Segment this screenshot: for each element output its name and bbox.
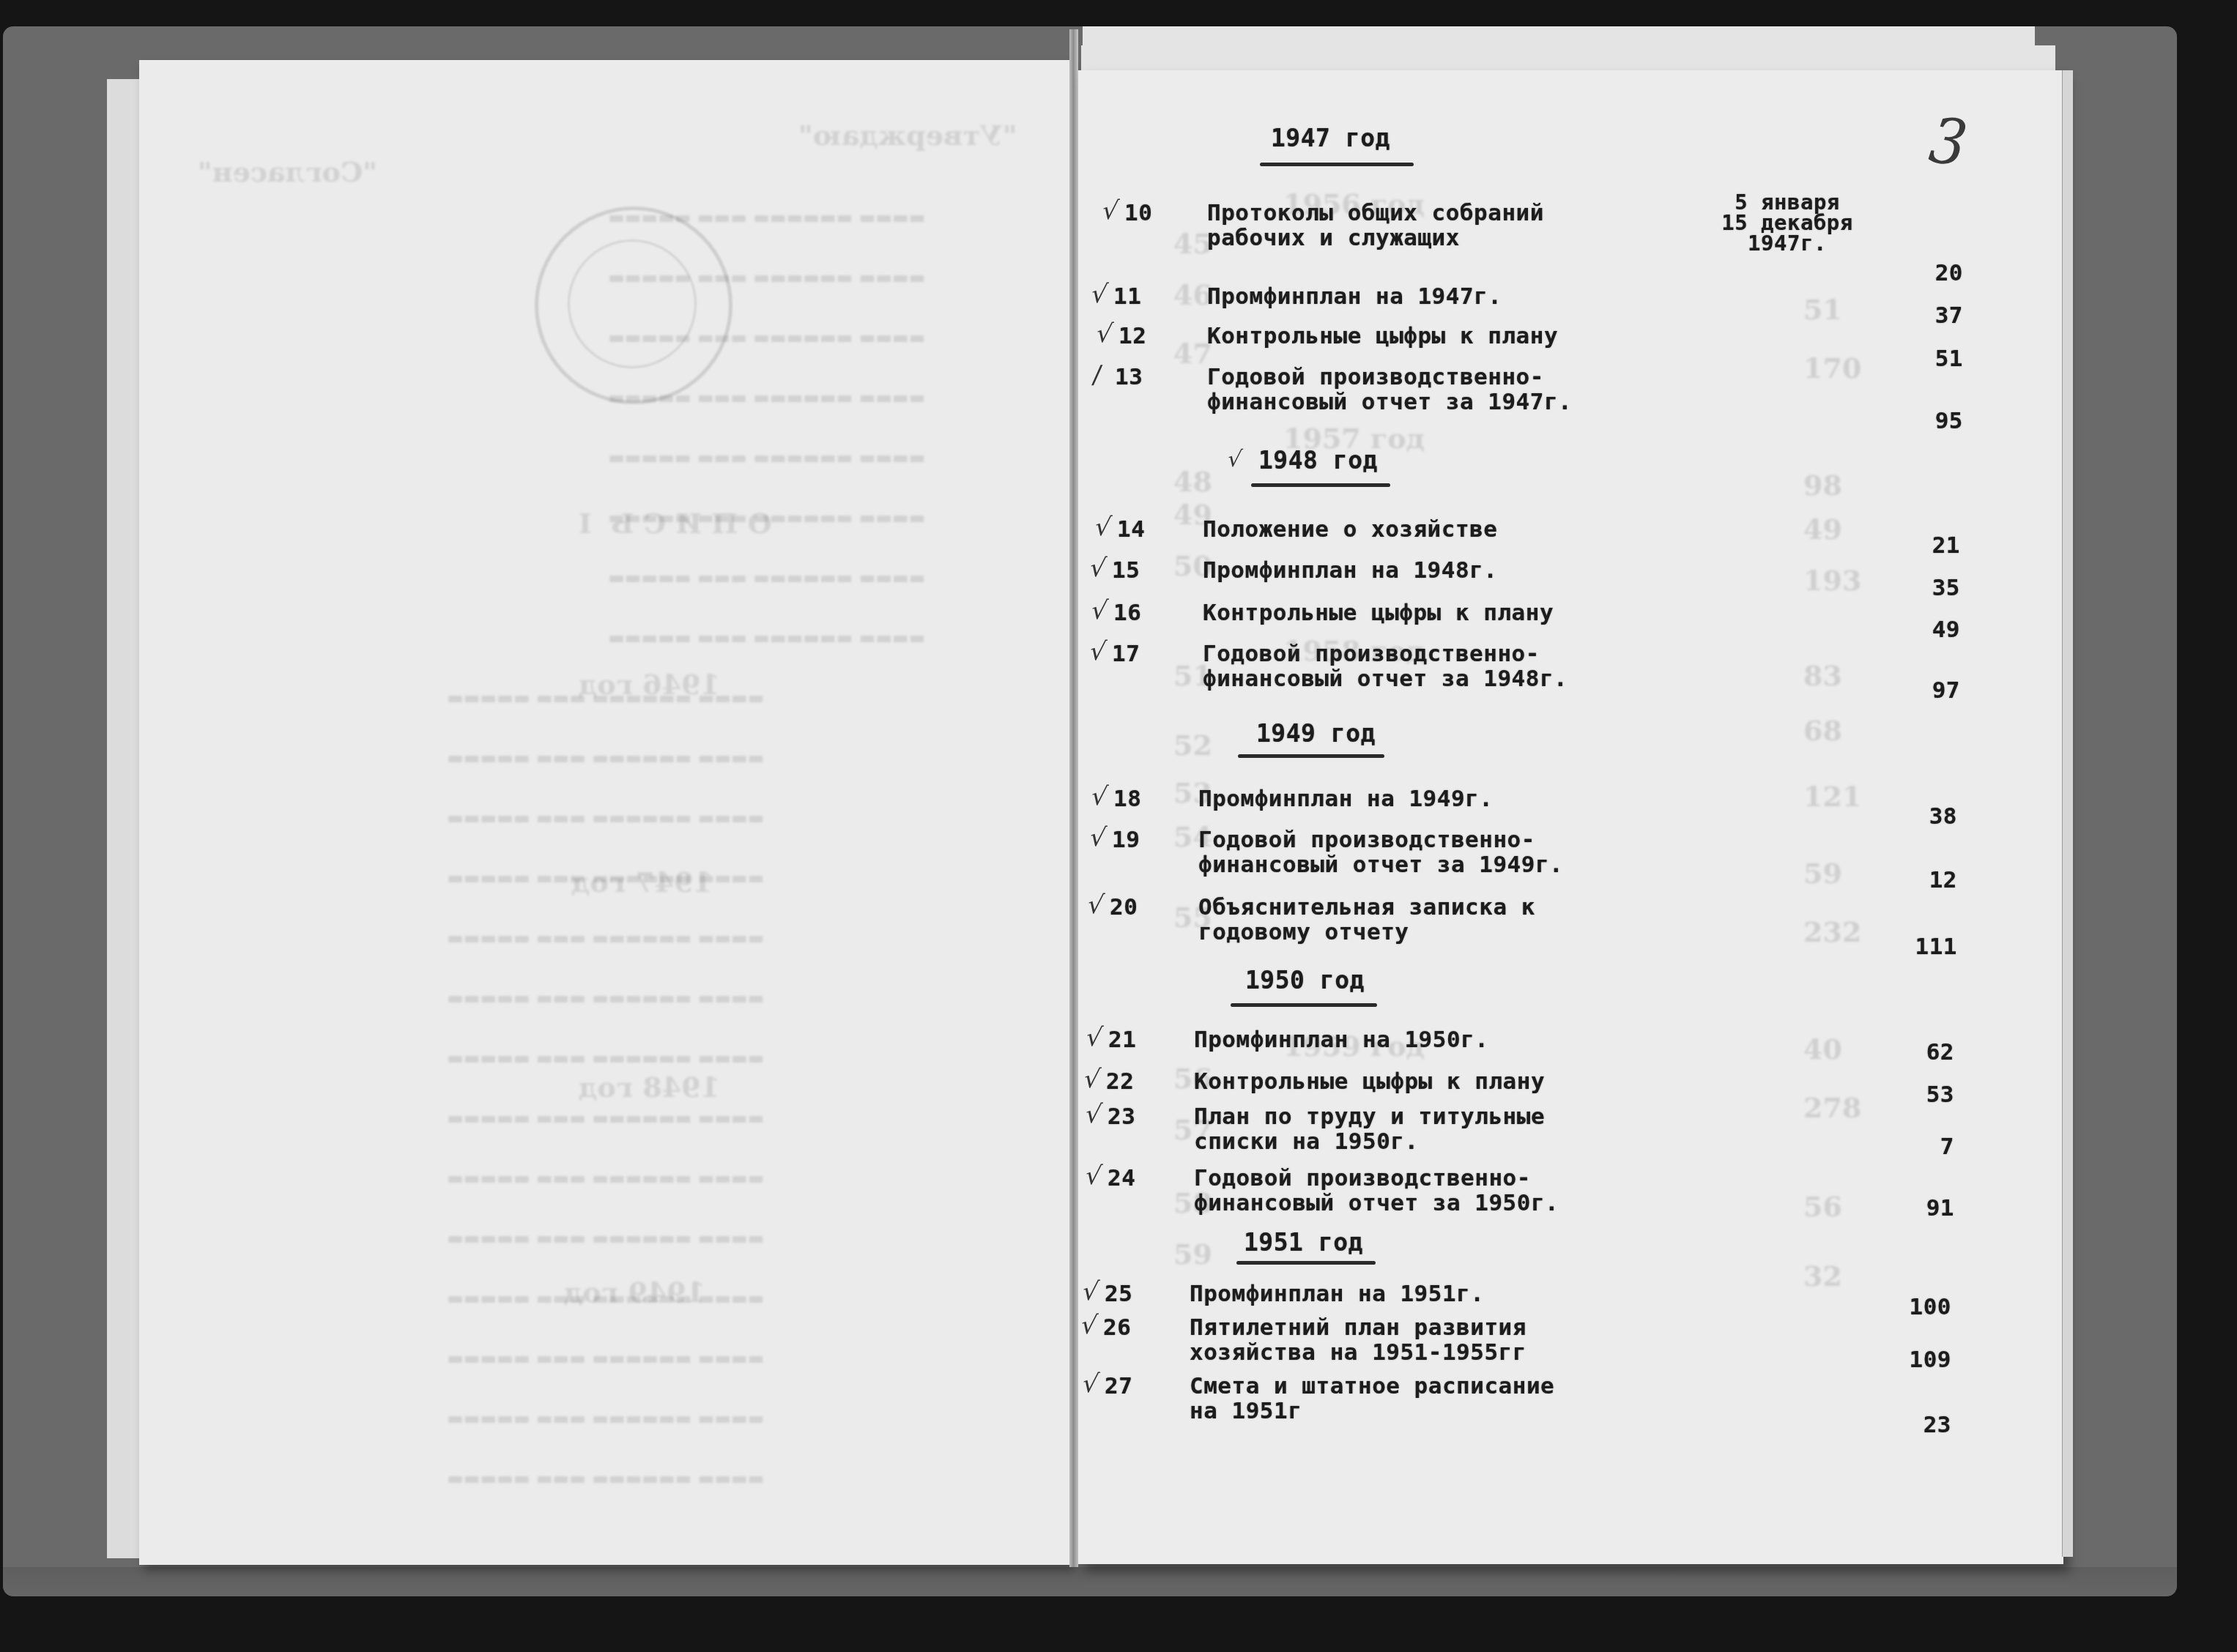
item-number: 13 bbox=[1115, 365, 1143, 390]
seal-stamp-bleed bbox=[535, 206, 732, 404]
item-sheet-count: 21 bbox=[1902, 533, 1960, 558]
item-title: Годовой производственно- финансовый отче… bbox=[1194, 1166, 1559, 1216]
ghost-number: 98 bbox=[1803, 469, 1842, 502]
ghost-number: 49 bbox=[1803, 513, 1842, 546]
year-underline bbox=[1260, 163, 1414, 166]
ghost-line: ▬▬▬▬ ▬▬▬▬▬▬ ▬▬▬ ▬▬▬▬▬ bbox=[447, 807, 764, 828]
item-sheet-count: 23 bbox=[1893, 1413, 1951, 1437]
ghost-line: ▬▬▬▬ ▬▬▬▬▬▬ ▬▬▬ ▬▬▬▬▬ bbox=[608, 567, 925, 588]
ghost-number: 59 bbox=[1803, 857, 1842, 890]
ghost-number: 46 bbox=[1173, 278, 1212, 311]
ghost-line: ▬▬▬▬ ▬▬▬▬▬▬ ▬▬▬ ▬▬▬▬▬ bbox=[447, 747, 764, 768]
ghost-number: 193 bbox=[1803, 564, 1861, 597]
item-title: Промфинплан на 1947г. bbox=[1207, 284, 1502, 309]
item-number: 18 bbox=[1113, 786, 1141, 811]
item-sheet-count: 37 bbox=[1904, 303, 1963, 328]
item-title: Контрольные цыфры к плану bbox=[1207, 324, 1558, 349]
item-number: 26 bbox=[1103, 1315, 1131, 1340]
ghost-line: ▬▬▬▬ ▬▬▬▬▬▬ ▬▬▬ ▬▬▬▬▬ bbox=[608, 507, 925, 528]
item-number: 27 bbox=[1105, 1374, 1132, 1399]
ghost-number: 51 bbox=[1803, 293, 1842, 326]
item-number: 21 bbox=[1108, 1027, 1136, 1052]
ghost-line: ▬▬▬▬ ▬▬▬▬▬▬ ▬▬▬ ▬▬▬▬▬ bbox=[447, 687, 764, 708]
item-number: 10 bbox=[1124, 201, 1152, 226]
item-sheet-count: 100 bbox=[1893, 1295, 1951, 1320]
ghost-number: 48 bbox=[1173, 465, 1212, 498]
ghost-line: ▬▬▬▬ ▬▬▬▬▬▬ ▬▬▬ ▬▬▬▬▬ bbox=[447, 867, 764, 888]
item-sheet-count: 62 bbox=[1896, 1040, 1954, 1065]
ghost-number: 83 bbox=[1803, 659, 1842, 692]
item-title: Годовой производственно- финансовый отче… bbox=[1207, 365, 1572, 414]
item-sheet-count: 91 bbox=[1896, 1196, 1954, 1221]
item-title: Смета и штатное расписание на 1951г bbox=[1190, 1374, 1554, 1424]
item-title: Положение о хозяйстве bbox=[1203, 517, 1497, 542]
ghost-line: ▬▬▬▬ ▬▬▬▬▬▬ ▬▬▬ ▬▬▬▬▬ bbox=[608, 206, 925, 228]
ghost-line: ▬▬▬▬ ▬▬▬▬▬▬ ▬▬▬ ▬▬▬▬▬ bbox=[608, 327, 925, 348]
item-title: Контрольные цыфры к плану bbox=[1194, 1069, 1545, 1094]
year-underline bbox=[1251, 483, 1390, 487]
year-header: 1948 год bbox=[1258, 448, 1378, 473]
item-sheet-count: 111 bbox=[1899, 934, 1957, 959]
ghost-line: ▬▬▬▬ ▬▬▬▬▬▬ ▬▬▬ ▬▬▬▬▬ bbox=[447, 1227, 764, 1249]
item-number: 15 bbox=[1112, 558, 1140, 583]
item-number: 23 bbox=[1108, 1104, 1135, 1129]
item-number: 12 bbox=[1118, 324, 1146, 349]
ghost-number: 56 bbox=[1803, 1190, 1842, 1223]
ghost-number: 52 bbox=[1173, 729, 1212, 762]
ghost-line: ▬▬▬▬ ▬▬▬▬▬▬ ▬▬▬ ▬▬▬▬▬ bbox=[447, 1467, 764, 1489]
ghost-fragment: "Согласен" bbox=[198, 155, 377, 188]
ghost-number: 47 bbox=[1173, 337, 1212, 370]
item-number: 20 bbox=[1110, 895, 1138, 920]
ghost-number: 45 bbox=[1173, 227, 1212, 260]
item-title: Протоколы общих собраний рабочих и служа… bbox=[1207, 201, 1544, 250]
ghost-line: ▬▬▬▬ ▬▬▬▬▬▬ ▬▬▬ ▬▬▬▬▬ bbox=[447, 927, 764, 948]
item-sheet-count: 95 bbox=[1904, 409, 1963, 434]
ghost-line: ▬▬▬▬ ▬▬▬▬▬▬ ▬▬▬ ▬▬▬▬▬ bbox=[447, 987, 764, 1008]
book-gutter bbox=[1069, 29, 1078, 1567]
item-title: Промфинплан на 1950г. bbox=[1194, 1027, 1488, 1052]
item-title: План по труду и титульные списки на 1950… bbox=[1194, 1104, 1545, 1154]
item-date-range: 5 января 15 декабря 1947г. bbox=[1718, 192, 1857, 253]
ghost-line: ▬▬▬▬ ▬▬▬▬▬▬ ▬▬▬ ▬▬▬▬▬ bbox=[447, 1407, 764, 1429]
ghost-line: ▬▬▬▬ ▬▬▬▬▬▬ ▬▬▬ ▬▬▬▬▬ bbox=[447, 1107, 764, 1128]
item-title: Контрольные цыфры к плану bbox=[1203, 600, 1554, 625]
item-title: Промфинплан на 1949г. bbox=[1198, 786, 1493, 811]
ghost-number: 170 bbox=[1803, 351, 1861, 384]
ghost-number: 121 bbox=[1803, 780, 1861, 813]
ghost-line: ▬▬▬▬ ▬▬▬▬▬▬ ▬▬▬ ▬▬▬▬▬ bbox=[447, 1347, 764, 1369]
item-title: Годовой производственно- финансовый отче… bbox=[1198, 827, 1563, 877]
ghost-line: ▬▬▬▬ ▬▬▬▬▬▬ ▬▬▬ ▬▬▬▬▬ bbox=[608, 267, 925, 288]
item-sheet-count: 97 bbox=[1902, 678, 1960, 703]
ghost-line: ▬▬▬▬ ▬▬▬▬▬▬ ▬▬▬ ▬▬▬▬▬ bbox=[608, 387, 925, 408]
item-number: 11 bbox=[1113, 284, 1141, 309]
item-sheet-count: 20 bbox=[1904, 261, 1963, 286]
item-sheet-count: 109 bbox=[1893, 1347, 1951, 1372]
item-number: 17 bbox=[1112, 641, 1140, 666]
item-title: Промфинплан на 1948г. bbox=[1203, 558, 1497, 583]
year-underline bbox=[1236, 1261, 1376, 1265]
ghost-number: 32 bbox=[1803, 1260, 1842, 1292]
ghost-number: 59 bbox=[1173, 1238, 1212, 1270]
item-title: Пятилетний план развития хозяйства на 19… bbox=[1190, 1315, 1526, 1365]
ghost-number: 278 bbox=[1803, 1091, 1861, 1124]
ghost-line: ▬▬▬▬ ▬▬▬▬▬▬ ▬▬▬ ▬▬▬▬▬ bbox=[447, 1287, 764, 1309]
item-number: 16 bbox=[1113, 600, 1141, 625]
item-number: 25 bbox=[1105, 1281, 1132, 1306]
ghost-line: ▬▬▬▬ ▬▬▬▬▬▬ ▬▬▬ ▬▬▬▬▬ bbox=[608, 447, 925, 468]
year-underline bbox=[1231, 1003, 1377, 1007]
year-underline bbox=[1238, 754, 1384, 758]
item-sheet-count: 12 bbox=[1899, 868, 1957, 893]
item-sheet-count: 35 bbox=[1902, 576, 1960, 600]
year-header: 1951 год bbox=[1244, 1230, 1363, 1255]
year-header: 1950 год bbox=[1245, 968, 1365, 993]
item-number: 24 bbox=[1108, 1166, 1135, 1191]
ghost-number: 40 bbox=[1803, 1032, 1842, 1065]
right-page-edge bbox=[2062, 70, 2073, 1557]
ghost-line: ▬▬▬▬ ▬▬▬▬▬▬ ▬▬▬ ▬▬▬▬▬ bbox=[608, 627, 925, 648]
item-sheet-count: 53 bbox=[1896, 1082, 1954, 1107]
item-sheet-count: 7 bbox=[1896, 1134, 1954, 1159]
item-number: 19 bbox=[1112, 827, 1140, 852]
ghost-number: 68 bbox=[1803, 714, 1842, 747]
year-header: 1949 год bbox=[1256, 721, 1376, 746]
left-page-edge bbox=[107, 79, 141, 1558]
ghost-line: ▬▬▬▬ ▬▬▬▬▬▬ ▬▬▬ ▬▬▬▬▬ bbox=[447, 1167, 764, 1188]
ghost-number: 232 bbox=[1803, 915, 1861, 948]
item-sheet-count: 49 bbox=[1902, 617, 1960, 642]
item-sheet-count: 51 bbox=[1904, 346, 1963, 371]
stacked-sheet-edge bbox=[1081, 45, 2055, 73]
ghost-line: ▬▬▬▬ ▬▬▬▬▬▬ ▬▬▬ ▬▬▬▬▬ bbox=[447, 1047, 764, 1068]
item-title: Объяснительная записка к годовому отчету bbox=[1198, 895, 1535, 945]
item-sheet-count: 38 bbox=[1899, 804, 1957, 829]
item-title: Годовой производственно- финансовый отче… bbox=[1203, 641, 1568, 691]
item-number: 14 bbox=[1117, 517, 1145, 542]
year-header: 1947 год bbox=[1271, 126, 1390, 151]
ghost-fragment: "Утверждаю" bbox=[798, 119, 1017, 152]
item-title: Промфинплан на 1951г. bbox=[1190, 1281, 1484, 1306]
folder-cover-bottom bbox=[3, 1567, 2177, 1596]
ghost-fragment: 1948 год bbox=[579, 1071, 720, 1104]
item-number: 22 bbox=[1106, 1069, 1134, 1094]
left-page: "Утверждаю""Согласен"О П И С Ь I1946 год… bbox=[139, 60, 1071, 1565]
